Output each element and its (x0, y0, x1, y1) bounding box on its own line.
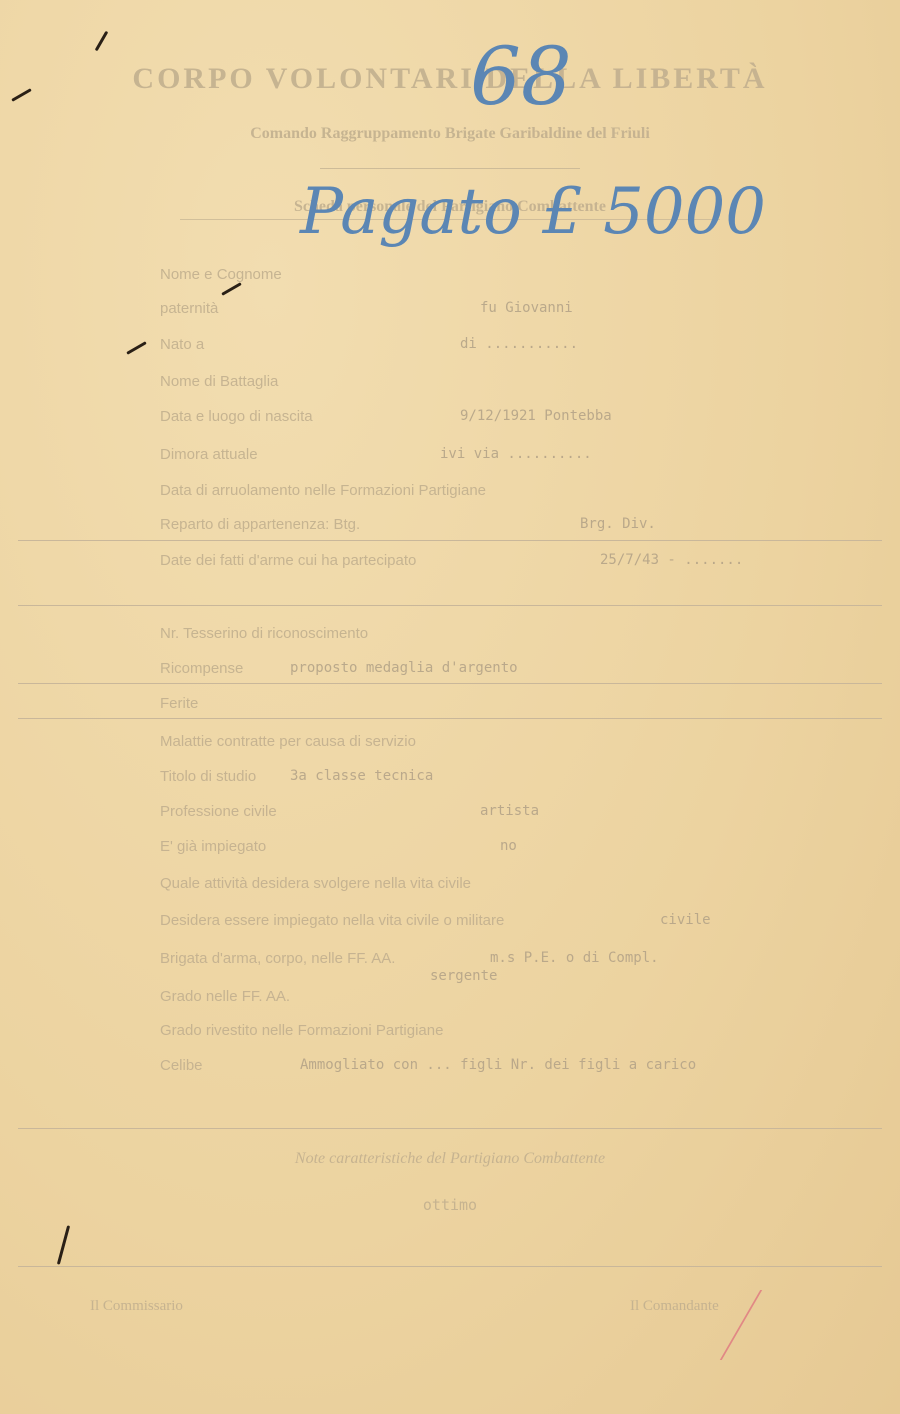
field-row: Data di arruolamento nelle Formazioni Pa… (160, 482, 880, 500)
field-row: Ferite (160, 695, 880, 713)
field-row: Date dei fatti d'arme cui ha partecipato… (160, 552, 880, 570)
rule-line (18, 605, 882, 606)
field-row: Grado rivestito nelle Formazioni Partigi… (160, 1022, 880, 1040)
rule-line (18, 718, 882, 719)
field-row: Professione civileartista (160, 803, 880, 821)
field-row: Nr. Tesserino di riconoscimento (160, 625, 880, 643)
field-row: E' già impiegatono (160, 838, 880, 856)
field-row: Malattie contratte per causa di servizio (160, 733, 880, 751)
handwritten-payment: Pagato £ 5000 (300, 175, 766, 249)
field-row: Desidera essere impiegato nella vita civ… (160, 912, 880, 930)
notes-value: ottimo (0, 1196, 900, 1214)
rule-line (18, 540, 882, 541)
field-row: Titolo di studio3a classe tecnica (160, 768, 880, 786)
rule-line (18, 683, 882, 684)
field-row: Dimora attualeivi via .......... (160, 446, 880, 464)
rule-line (18, 1128, 882, 1129)
document-title: CORPO VOLONTARI DELLA LIBERTÀ (40, 62, 860, 96)
divider (320, 168, 580, 169)
field-row: Data e luogo di nascita9/12/1921 Pontebb… (160, 408, 880, 426)
field-row: Ricompenseproposto medaglia d'argento (160, 660, 880, 678)
field-row: Nato adi ........... (160, 336, 880, 354)
field-row: Reparto di appartenenza: Btg.Brg. Div. (160, 516, 880, 534)
handwritten-number: 68 (470, 30, 572, 123)
field-row: Grado nelle FF. AA.sergente (160, 988, 880, 1006)
field-row: Brigata d'arma, corpo, nelle FF. AA.m.s … (160, 950, 880, 968)
document-subtitle: Comando Raggruppamento Brigate Garibaldi… (60, 125, 840, 143)
signature-commissario: Il Commissario (90, 1298, 183, 1315)
field-row: CelibeAmmogliato con ... figli Nr. dei f… (160, 1057, 880, 1075)
field-row: Nome di Battaglia (160, 373, 880, 391)
rule-line (18, 1266, 882, 1267)
field-row: Nome e Cognome (160, 266, 880, 284)
signature-comandante: Il Comandante (630, 1298, 719, 1315)
field-row: paternitàfu Giovanni (160, 300, 880, 318)
field-row: Quale attività desidera svolgere nella v… (160, 875, 880, 893)
notes-label: Note caratteristiche del Partigiano Comb… (0, 1150, 900, 1168)
